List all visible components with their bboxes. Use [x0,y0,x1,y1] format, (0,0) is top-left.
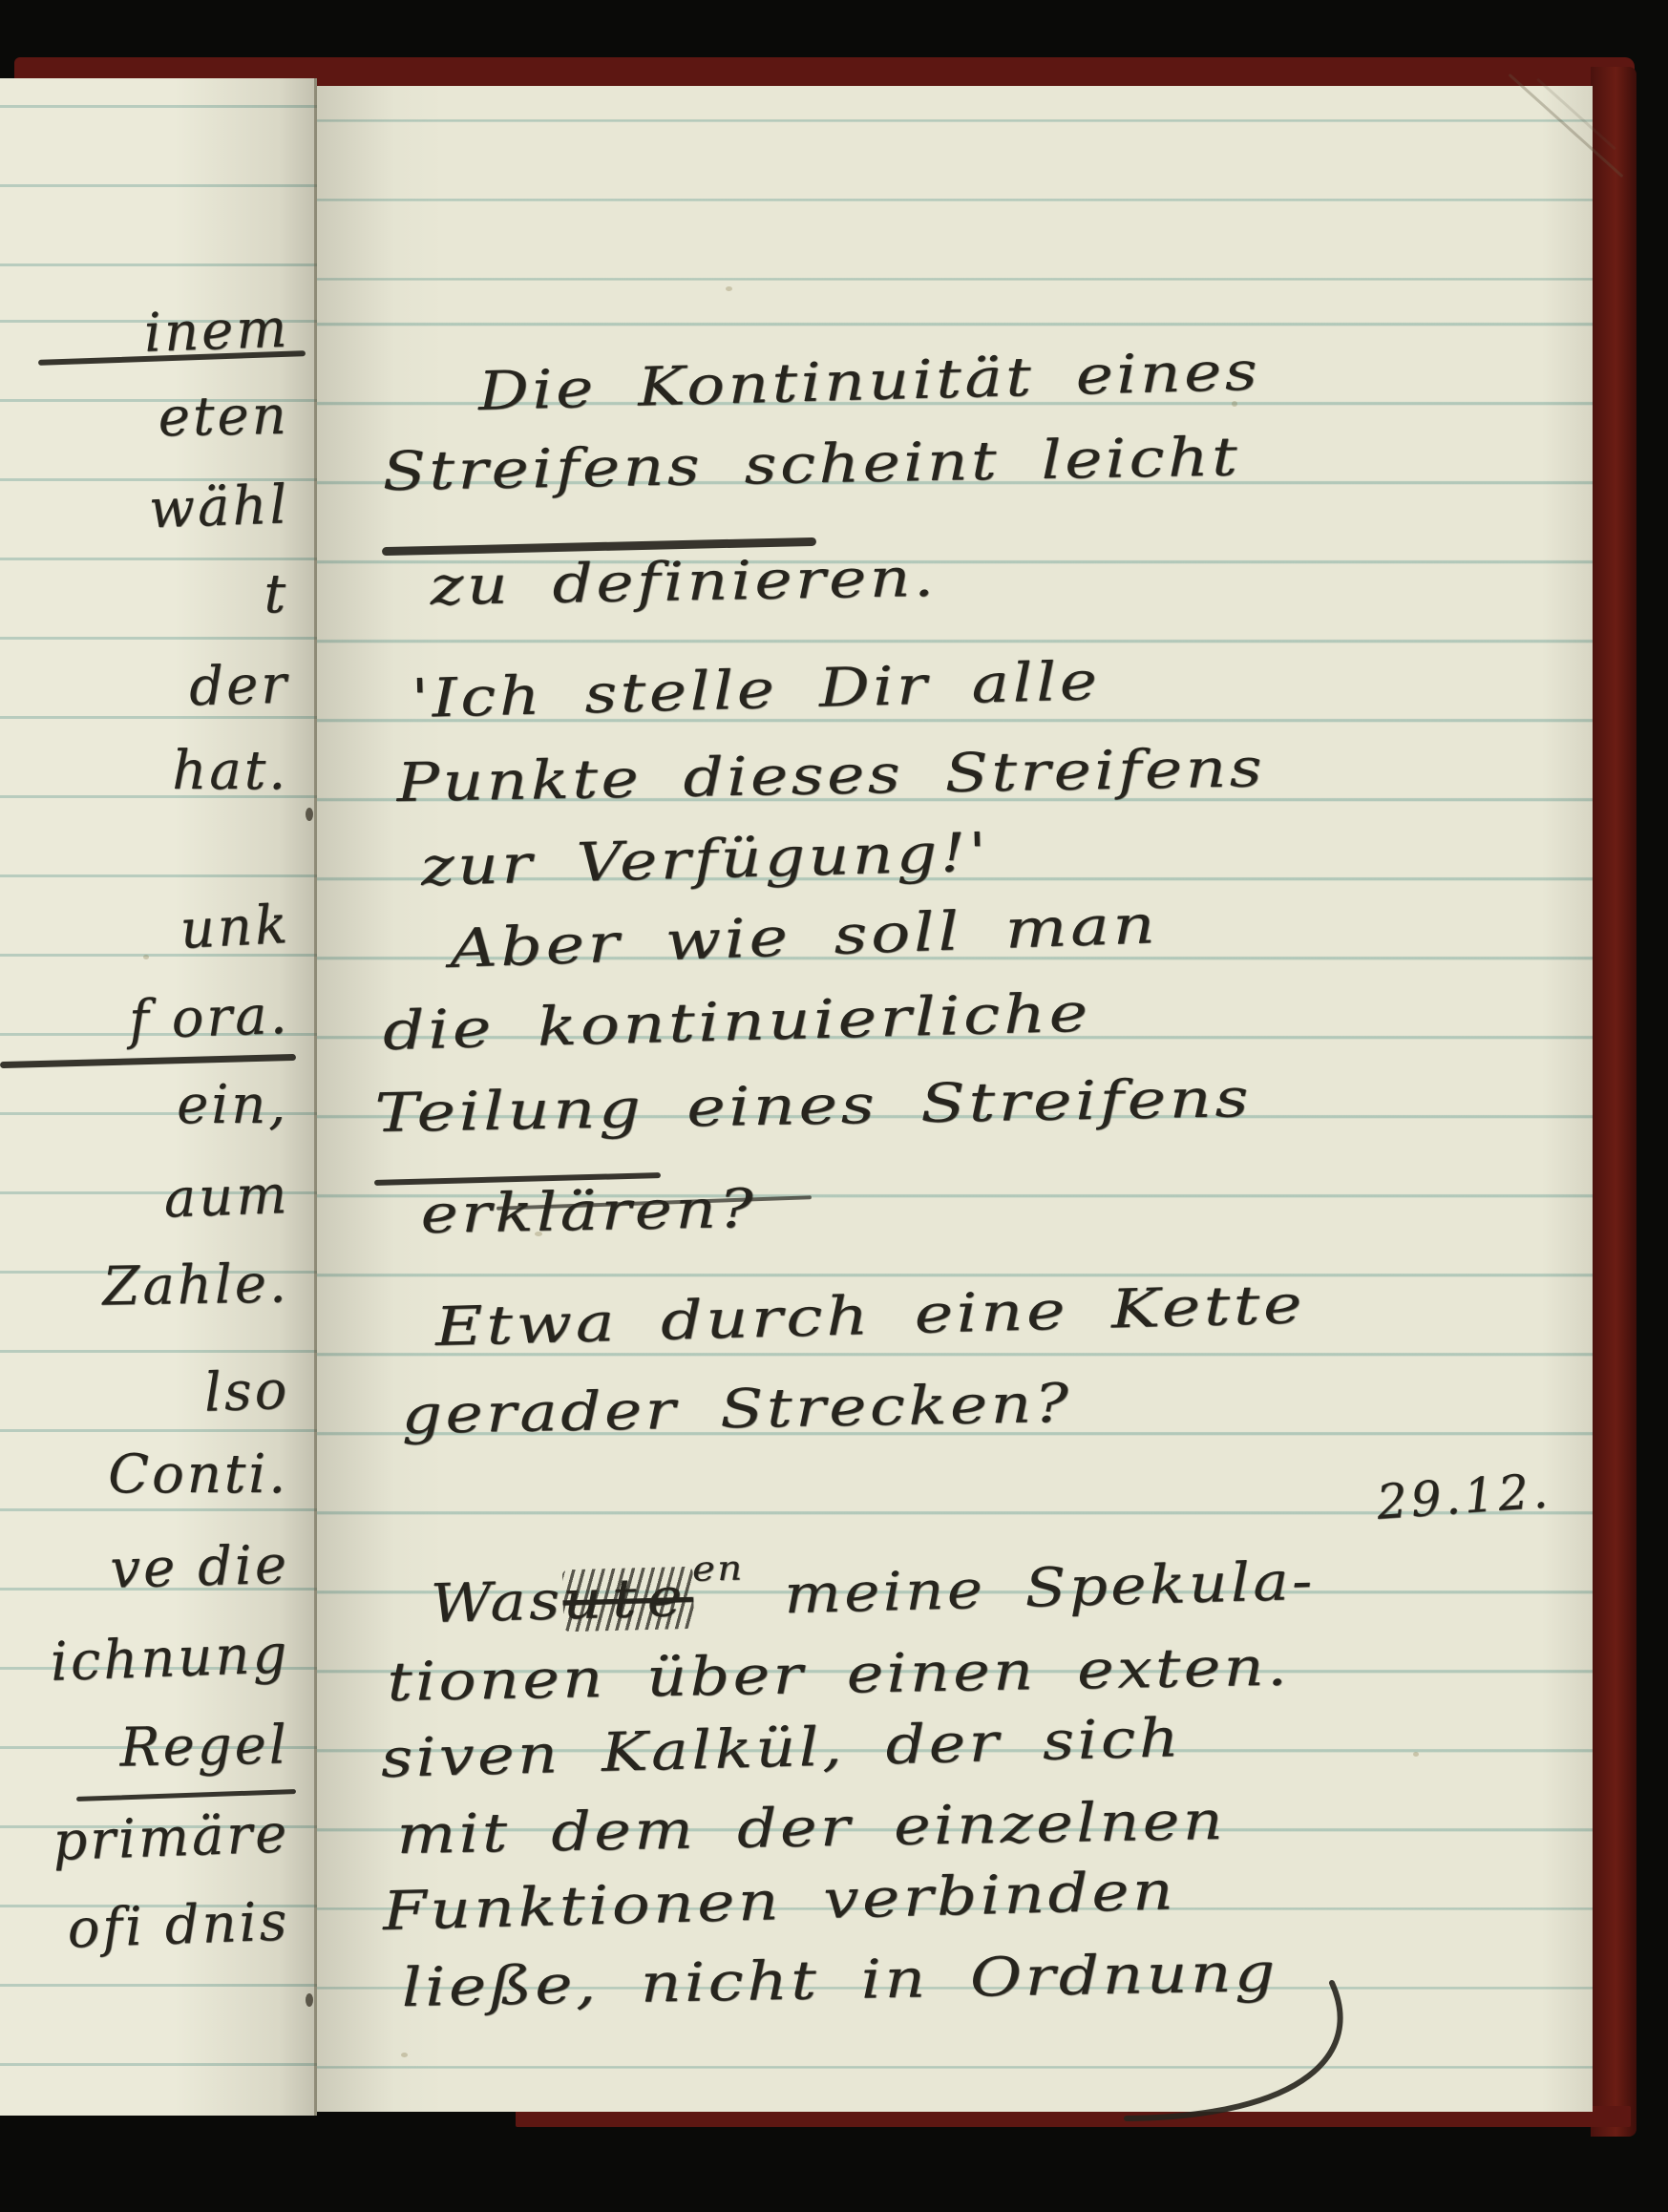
left-fragment: ve die [0,1533,319,1604]
left-fragment: aum [0,1163,317,1235]
left-fragment: Zahle. [0,1253,305,1320]
handwriting-line: erklären? [420,1178,757,1246]
left-fragment: primäre [0,1802,298,1875]
handwriting-line: zu definieren. [430,547,938,618]
notebook-scan: inem eten wähl t der hat. unk f ora. ein… [0,0,1668,2212]
left-fragment: eten [0,384,331,452]
left-fragment: f ora. [0,983,309,1056]
paper-fleck [1413,1752,1419,1757]
paper-fleck [726,286,732,291]
left-fragment: t [0,563,403,625]
left-fragment: der [0,651,386,724]
inserted-correction: en [691,1548,744,1589]
left-fragment: ein, [0,1074,348,1136]
ink-flourish [1088,1971,1356,2134]
stitch-hole [306,1993,313,2007]
left-fragment: wähl [0,474,298,546]
left-fragment: hat. [0,740,360,802]
left-fragment: ofi dnis [0,1890,302,1963]
paper-fleck [401,2053,408,2057]
stitch-hole [306,808,313,821]
left-fragment: inem [0,296,334,369]
left-fragment: Conti. [0,1443,322,1506]
crossed-out-word: ute [562,1567,694,1633]
left-fragment: Regel [0,1714,314,1781]
line-prefix: Was [430,1569,563,1635]
binding-right-edge [1591,67,1636,2137]
handwriting-line: gerader Strecken? [401,1373,1072,1446]
left-fragment: ichnung [0,1623,296,1696]
